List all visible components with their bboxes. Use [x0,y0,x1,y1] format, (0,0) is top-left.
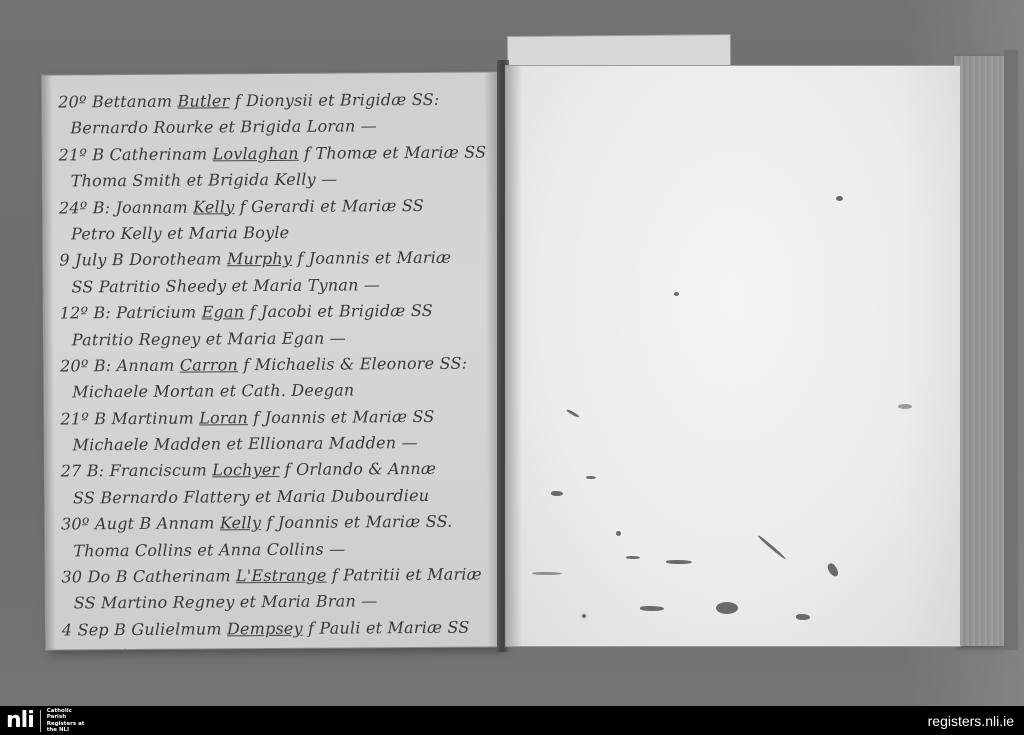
surname: Murphy [227,249,292,268]
surname: Egan [202,302,245,321]
register-entry-line: SS Martino Regney et Maria Bran — [62,588,484,617]
register-entry-line: 21º B Catherinam Lovlaghan f Thomæ et Ma… [58,139,480,168]
surname: Lovlaghan [213,144,299,164]
register-entry-line: SS Patritio Sheedy et Maria Tynan — [59,271,481,300]
register-entry-line: Thoma Smith et Brigida Kelly — [59,166,481,195]
register-entry-line: 30 Do B Catherinam L'Estrange f Patritii… [61,562,483,591]
register-entry-line: Michaele Mortan et Cath. Deegan [60,377,482,406]
nli-brand[interactable]: nli Catholic Parish Registers at the NLI [6,708,91,734]
surname: Kelly [193,197,234,216]
register-entry-line: 4 Sep B Gulielmum Dempsey f Pauli et Mar… [62,614,484,643]
register-entry-line: 21º B Martinum Loran f Joannis et Mariæ … [60,403,482,432]
brand-line-3: the NLI [47,727,91,734]
site-link[interactable]: registers.nli.ie [928,713,1014,729]
register-entry-line: 20º B: Annam Carron f Michaelis & Eleono… [60,350,482,379]
register-entry-line: 9 July B Dorotheam Murphy f Joannis et M… [59,245,481,274]
register-entry-line: 24º B: Joannam Kelly f Gerardi et Mariæ … [59,192,481,221]
surname: Kelly [220,513,261,532]
footer-bar: nli Catholic Parish Registers at the NLI… [0,706,1024,735]
book-page-edges [954,56,1004,646]
surname: Loran [199,408,248,427]
left-register-page: 20º Bettanam Butler f Dionysii et Brigid… [42,72,502,649]
brand-caption: Catholic Parish Registers at the NLI [47,708,91,734]
register-entry-line: 12º B: Patricium Egan f Jacobi et Brigid… [60,298,482,327]
register-entry-line: Bernardo Rourke et Brigida Loran — [58,113,480,142]
register-entry-line: Petro Kelly et Maria Boyle [59,218,481,247]
register-entry-line: SS Bernardo Flattery et Maria Dubourdieu [61,482,483,511]
brand-line-1: Catholic Parish [47,708,91,721]
surname: L'Estrange [236,566,327,586]
register-entry-line: Patritio Regney et Maria Egan — [60,324,482,353]
register-entry-line: Michaele Madden et Ellionara Madden — [60,430,482,459]
right-register-page-blank [506,66,960,646]
register-image-viewer: 20º Bettanam Butler f Dionysii et Brigid… [0,0,1024,706]
surname: Lochyer [212,460,279,479]
register-entry-line: 20º Bettanam Butler f Dionysii et Brigid… [58,87,480,116]
surname: Dempsey [227,619,303,639]
register-entry-line: 27 B: Franciscum Lochyer f Orlando & Ann… [61,456,483,485]
surname: Butler [177,91,229,110]
register-entry-line: 30º Augt B Annam Kelly f Joannis et Mari… [61,509,483,538]
nli-logo-icon: nli [6,710,41,732]
register-entry-line: Thoma Collins et Anna Collins — [61,535,483,564]
surname: Carron [180,355,238,374]
register-entries: 20º Bettanam Butler f Dionysii et Brigid… [58,87,484,650]
